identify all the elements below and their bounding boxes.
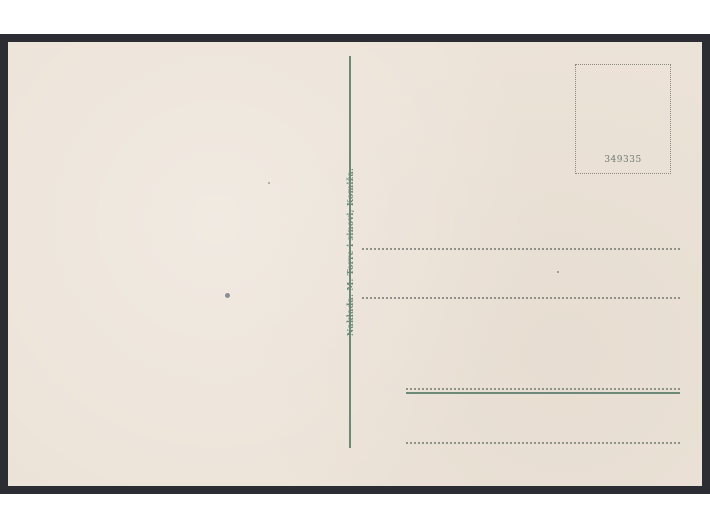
- address-line-3: [406, 388, 680, 390]
- address-underline-solid: [406, 392, 680, 394]
- publisher-imprint: Naklada: M. Torre i sinovi, Komiža.: [345, 168, 355, 336]
- paper-speck: [225, 293, 230, 298]
- stamp-box: 349335: [575, 64, 671, 174]
- stamp-box-number: 349335: [576, 155, 670, 165]
- paper-speck: [557, 271, 559, 273]
- address-line-4: [406, 442, 680, 444]
- address-line-2: [362, 297, 680, 299]
- address-line-1: [362, 248, 680, 250]
- paper-speck: [268, 182, 270, 184]
- postcard-back: Naklada: M. Torre i sinovi, Komiža. 3493…: [8, 42, 702, 486]
